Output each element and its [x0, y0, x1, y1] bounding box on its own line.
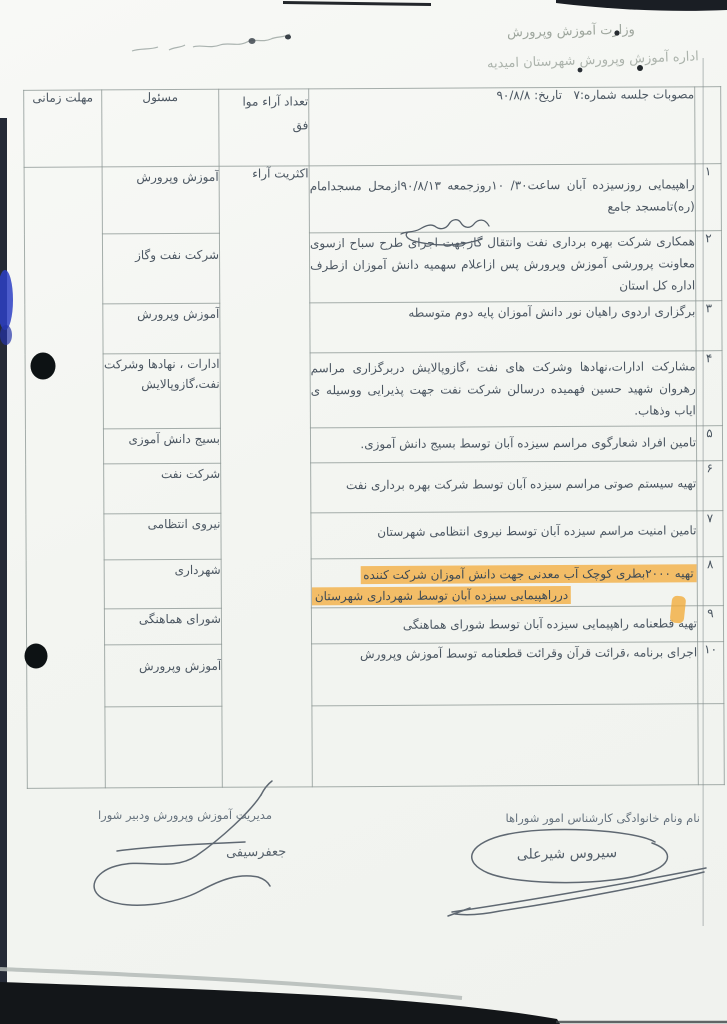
resolution-cell: همکاری شرکت بهره برداری نفت وانتقال گازج… — [309, 231, 695, 303]
responsible-cell: شرکت نفت — [104, 463, 221, 514]
table-row: ۶ تهیه سیستم صوتی مراسم سیزده آبان توسط … — [26, 461, 723, 515]
responsible-cell: ادارات ، نهادها وشرکت نفت،گازوپالایش — [103, 353, 220, 429]
responsible-cell: شهرداری — [104, 559, 221, 609]
table-row: ۱ راهپیمایی روزسیزده آبان ساعت۳۰/ ۱۰روزج… — [24, 164, 721, 235]
signature-left-name: جعفرسیفی — [226, 844, 287, 860]
deadline-column-header: مهلت زمانی — [24, 90, 102, 167]
department-subtitle: اداره آموزش وپرورش شهرستان امیدیه — [487, 49, 699, 71]
responsible-cell: آموزش وپرورش — [102, 166, 219, 234]
responsible-column-header: مسئول — [102, 89, 219, 167]
table-row: ۴ مشارکت ادارات،نهادها وشرکت های نفت ،گا… — [25, 351, 722, 430]
signature-left-strokes — [94, 781, 272, 905]
table-row: ۲ همکاری شرکت بهره برداری نفت وانتقال گا… — [24, 231, 721, 305]
resolution-cell: مشارکت ادارات،نهادها وشرکت های نفت ،گازو… — [310, 351, 696, 428]
table-row: ۳ برگزاری اردوی راهیان نور دانش آموزان پ… — [25, 301, 722, 355]
blue-ink-smudge — [0, 325, 12, 345]
highlight-mark: درراهپیمایی سیزده آبان توسط شهرداری شهرس… — [312, 586, 571, 605]
signature-right-label: نام ونام خانوادگی کارشناس امور شوراها — [505, 811, 700, 825]
responsible-cell: شورای هماهنگی — [104, 608, 221, 645]
votes-column-header: تعداد آراء موا فق — [219, 89, 309, 166]
table-row: ۹ تهیه قطعنامه راهپیمایی سیزده آبان توسط… — [26, 606, 723, 646]
resolution-cell: تهیه ۲۰۰۰بطری کوچک آب معدنی جهت دانش آمو… — [311, 557, 697, 608]
table-row: ۷ تامین امنیت مراسم سیزده آبان توسط نیرو… — [26, 511, 723, 561]
resolutions-header: مصوبات جلسه شماره:۷ تاریخ: ۹۰/۸/۸ — [309, 87, 695, 166]
resolution-cell: برگزاری اردوی راهیان نور دانش آموزان پای… — [310, 301, 696, 353]
scanned-document-page: وزارت آموزش وپرورش اداره آموزش وپرورش شه… — [0, 0, 727, 1024]
ink-blob — [285, 35, 291, 40]
responsible-cell: آموزش وپرورش — [105, 644, 222, 707]
deadline-merged-cell — [24, 167, 105, 788]
resolution-cell: تامین امنیت مراسم سیزده آبان توسط نیروی … — [311, 511, 697, 559]
responsible-cell: آموزش وپرورش — [103, 303, 220, 354]
scan-edge-top-line — [283, 1, 431, 6]
page-bottom-curl-shadow — [0, 969, 462, 998]
resolution-cell: تامین افراد شعارگوی مراسم سیزده آبان توس… — [310, 426, 696, 463]
signature-right-strokes — [448, 829, 706, 916]
resolution-cell: اجرای برنامه ،قرائت قرآن وقرائت قطعنامه … — [312, 642, 698, 706]
table-row-highlighted: ۸ تهیه ۲۰۰۰بطری کوچک آب معدنی جهت دانش آ… — [26, 557, 723, 610]
responsible-cell: بسیج دانش آموزی — [103, 428, 220, 464]
table-row: ۵ تامین افراد شعارگوی مراسم سیزده آبان ت… — [25, 426, 722, 465]
resolution-cell: راهپیمایی روزسیزده آبان ساعت۳۰/ ۱۰روزجمع… — [309, 164, 695, 233]
scan-edge-bottom — [0, 982, 560, 1024]
page-note-handwriting — [132, 34, 290, 51]
signature-right-name: سیروس شیرعلی — [472, 844, 662, 864]
responsible-cell: شرکت نفت وگاز — [102, 233, 219, 304]
blue-ink-smudge — [0, 270, 13, 330]
meeting-minutes-table: مصوبات جلسه شماره:۷ تاریخ: ۹۰/۸/۸ تعداد … — [23, 86, 725, 789]
row-number-header — [695, 87, 721, 164]
signature-left-label: مدیریت آموزش وپرورش ودبیر شورا — [98, 808, 272, 822]
resolution-cell: تهیه سیستم صوتی مراسم سیزده آبان توسط شر… — [311, 461, 697, 513]
responsible-cell: نیروی انتظامی — [104, 513, 221, 560]
scan-edge-top-right — [556, 0, 727, 11]
table-row-empty — [27, 704, 724, 789]
ink-blob — [249, 38, 256, 44]
ministry-title: وزارت آموزش وپرورش — [507, 22, 635, 40]
table-header-row: مصوبات جلسه شماره:۷ تاریخ: ۹۰/۸/۸ تعداد … — [24, 87, 721, 168]
table-row: ۱۰ اجرای برنامه ،قرائت قرآن وقرائت قطعنا… — [27, 642, 724, 708]
resolution-cell: تهیه قطعنامه راهپیمایی سیزده آبان توسط ش… — [311, 606, 697, 644]
scan-edge-left — [0, 118, 7, 1008]
votes-merged-cell: اکثریت آراء — [219, 166, 312, 787]
highlight-mark: تهیه ۲۰۰۰بطری کوچک آب معدنی جهت دانش آمو… — [360, 564, 697, 584]
